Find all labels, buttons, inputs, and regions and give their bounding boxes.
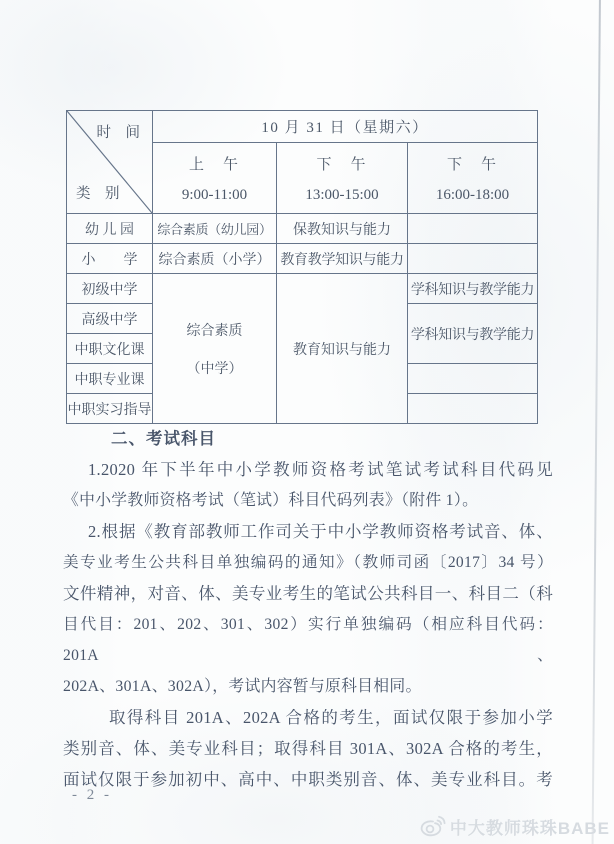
session-time-label: 16:00-18:00	[408, 187, 537, 204]
body-line: 1.2020 年下半年中小学教师资格考试笔试考试科目代码见	[63, 454, 553, 485]
empty-cell	[408, 364, 538, 394]
empty-cell	[408, 394, 538, 424]
body-line: 取得科目 201A、202A 合格的考生，面试仅限于参加小学	[63, 702, 553, 733]
merged-subject-cell: 教育知识与能力	[277, 274, 408, 424]
merged-subject-line1: 综合素质	[153, 320, 276, 340]
body-line: 类别音、体、美专业科目；取得科目 301A、302A 合格的考生，	[63, 733, 553, 764]
body-line: 美专业考生公共科目单独编码的通知》（教师司函〔2017〕34 号）	[63, 547, 553, 578]
corner-header-cell: 时 间 类 别	[67, 111, 153, 214]
subject-cell: 保教知识与能力	[277, 214, 408, 244]
table-row: 时 间 类 别 10 月 31 日（星期六）	[67, 111, 538, 143]
scan-edge-artifact	[591, 0, 601, 844]
body-line: 2.根据《教育部教师工作司关于中小学教师资格考试音、体、	[63, 516, 553, 547]
subject-cell: 教育教学知识与能力	[277, 244, 408, 274]
table-row-kindergarten: 幼 儿 园 综合素质（幼儿园） 保教知识与能力	[67, 214, 538, 244]
empty-cell	[408, 214, 538, 244]
merged-subject-cell: 学科知识与教学能力	[408, 304, 538, 364]
body-line: 202A、301A、302A），考试内容暂与原科目相同。	[63, 671, 553, 702]
session-morning-cell: 上 午 9:00-11:00	[153, 143, 277, 214]
watermark: 中大教师珠珠BABE	[419, 814, 610, 839]
exam-schedule-table: 时 间 类 别 10 月 31 日（星期六） 上 午 9:00-11:00 下 …	[66, 110, 538, 424]
body-line: 面试仅限于参加初中、高中、中职类别音、体、美专业科目。考	[63, 764, 553, 795]
session-afternoon1-cell: 下 午 13:00-15:00	[277, 143, 408, 214]
body-line: 《中小学教师资格考试（笔试）科目代码列表》（附件 1）。	[63, 485, 553, 516]
table-row-primary: 小 学 综合素质（小学） 教育教学知识与能力	[67, 244, 538, 274]
subject-cell: 综合素质（幼儿园）	[153, 214, 277, 244]
weibo-icon	[419, 815, 446, 838]
category-cell: 中职文化课	[67, 334, 153, 364]
category-cell: 中职实习指导	[67, 394, 153, 424]
session-period-label: 上 午	[153, 153, 276, 174]
watermark-text: 中大教师珠珠BABE	[450, 814, 610, 839]
section-title: 二、考试科目	[63, 423, 553, 454]
category-cell: 幼 儿 园	[67, 214, 153, 244]
empty-cell	[408, 244, 538, 274]
category-cell: 中职专业课	[67, 364, 153, 394]
body-line: 目代目：201、202、301、302）实行单独编码（相应科目代码：201A、	[63, 609, 553, 671]
session-period-label: 下 午	[277, 153, 407, 174]
merged-subject-cell: 综合素质 （中学）	[153, 274, 277, 424]
category-cell: 高级中学	[67, 304, 153, 334]
scanned-document-page: 时 间 类 别 10 月 31 日（星期六） 上 午 9:00-11:00 下 …	[0, 0, 614, 844]
corner-time-label: 时 间	[97, 121, 141, 142]
corner-category-label: 类 别	[76, 182, 120, 203]
body-line: 文件精神，对音、体、美专业考生的笔试公共科目一、科目二（科	[63, 578, 553, 609]
session-time-label: 9:00-11:00	[153, 187, 276, 204]
session-afternoon2-cell: 下 午 16:00-18:00	[408, 143, 538, 214]
category-cell: 初级中学	[67, 274, 153, 304]
session-period-label: 下 午	[408, 153, 537, 174]
page-number: - 2 -	[72, 787, 112, 804]
document-body-text: 二、考试科目 1.2020 年下半年中小学教师资格考试笔试考试科目代码见 《中小…	[63, 423, 553, 795]
subject-cell: 综合素质（小学）	[153, 244, 277, 274]
category-cell: 小 学	[67, 244, 153, 274]
session-time-label: 13:00-15:00	[277, 187, 407, 204]
merged-subject-line2: （中学）	[153, 358, 276, 378]
date-header-cell: 10 月 31 日（星期六）	[153, 111, 538, 143]
subject-cell: 学科知识与教学能力	[408, 274, 538, 304]
table-row-junior-middle: 初级中学 综合素质 （中学） 教育知识与能力 学科知识与教学能力	[67, 274, 538, 304]
